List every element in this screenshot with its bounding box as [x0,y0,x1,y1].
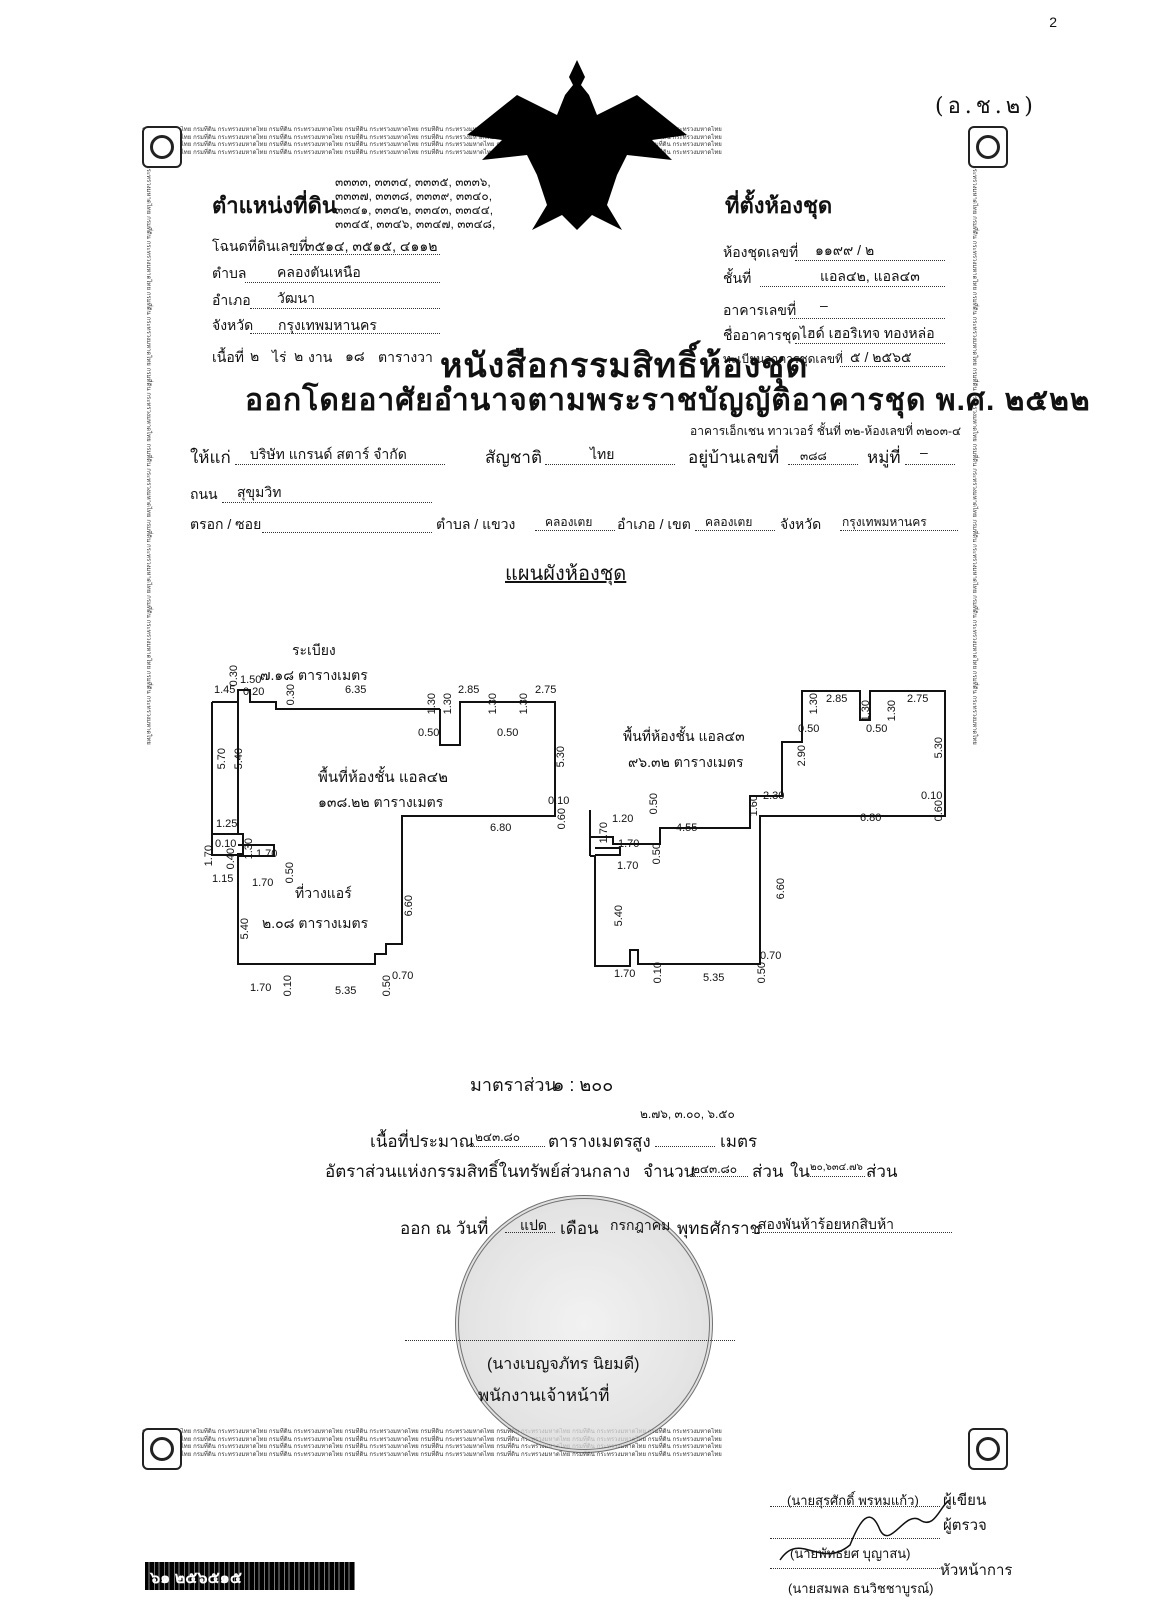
heights-note: ๒.๗๖, ๓.๐๐, ๖.๕๐ [640,1105,735,1124]
corner-ornament-icon [968,126,1008,168]
issued-day-value: แปด [520,1215,547,1237]
barcode-text: ๖๑ ๒๕๖๕๑๕ [150,1566,242,1591]
official-title: พนักงานเจ้าหน้าที่ [478,1382,609,1409]
floor-plan-title: แผนผังห้องชุด [505,557,626,589]
province-value: กรุงเทพมหานคร [278,315,377,337]
wa-value: ๑๘ [345,346,365,368]
balcony-label: ระเบียง [292,640,336,662]
house-no-label: อยู่บ้านเลขที่ [688,444,779,471]
scale-label: มาตราส่วน [470,1070,557,1099]
unit-no-label: ห้องชุดเลขที่ [723,242,798,264]
alley-label: ตรอก / ซอย [190,514,261,536]
owner-district-value: คลองเตย [705,513,752,532]
unit-no-value: ๑๑๙๙ / ๒ [815,240,874,262]
owner-subdistrict-value: คลองเตย [545,513,592,532]
corner-ornament-icon [968,1428,1008,1470]
moo-value: – [920,444,928,460]
ngan-value: ๒ [294,346,303,368]
floor-plan-drawing [190,680,970,1000]
ratio-value: ๒๔๓.๘๐ [692,1160,737,1179]
ngan-label: งาน [308,347,332,369]
issued-to-value: บริษัท แกรนด์ สตาร์ จำกัด [250,444,407,466]
unit-location-heading: ที่ตั้งห้องชุด [725,188,832,223]
issued-date-label: ออก ณ วันที่ [400,1215,488,1242]
total-value: ๒๐,๖๓๔.๗๖ [810,1160,863,1175]
building-name-value: ไฮด์ เฮอริเทจ ทองหล่อ [800,323,935,345]
approx-area-label: เนื้อที่ประมาณ [370,1128,474,1155]
form-code: (อ.ช.๒) [935,88,1037,123]
owner-subdistrict-label: ตำบล / แขวง [436,514,515,536]
subdistrict-value: คลองตันเหนือ [277,262,361,284]
scale-value: ๑ : ๒๐๐ [553,1070,613,1099]
parcel-list: ๓๓๓๓, ๓๓๓๔, ๓๓๓๕, ๓๓๓๖, ๓๓๓๗, ๓๓๓๘, ๓๓๓๙… [335,175,495,231]
nationality-value: ไทย [590,444,614,466]
document-subtitle: ออกโดยอาศัยอำนาจตามพระราชบัญญัติอาคารชุด… [245,377,1091,424]
rai-label: ไร่ [272,347,287,369]
area-label: เนื้อที่ [212,347,244,369]
border-left: กระทรวงมหาดไทย กรมที่ดิน กระทรวงมหาดไทย … [144,165,178,1427]
official-name: (นางเบญจภัทร นิยมดี) [487,1352,639,1377]
issued-year-label: พุทธศักราช [677,1215,761,1242]
registration-value: ๕ / ๒๕๖๕ [850,347,912,369]
rai-value: ๒ [250,346,259,368]
issued-to-label: ให้แก่ [190,444,231,471]
share-label-2: ส่วน [866,1158,898,1185]
border-right: กระทรวงมหาดไทย กรมที่ดิน กระทรวงมหาดไทย … [970,165,1004,1427]
approx-area-value: ๒๔๓.๘๐ [475,1128,520,1147]
owner-address-note: อาคารเอ็กเชน ทาวเวอร์ ชั้นที่ ๓๒-ห้องเลข… [690,422,961,441]
corner-ornament-icon [142,126,182,168]
building-no-value: – [820,297,828,313]
moo-label: หมู่ที่ [867,444,901,471]
in-label: ใน [790,1158,810,1185]
wa-label: ตารางวา [378,347,433,369]
ratio-label: อัตราส่วนแห่งกรรมสิทธิ์ในทรัพย์ส่วนกลาง [325,1158,630,1185]
owner-province-value: กรุงเทพมหานคร [842,513,927,532]
nationality-label: สัญชาติ [485,444,542,471]
height-unit: เมตร [720,1128,757,1155]
deed-value: ๓๕๑๔, ๓๕๑๕, ๔๑๑๒ [305,236,437,258]
issued-month-label: เดือน [560,1215,599,1242]
height-label: สูง [632,1128,651,1155]
owner-province-label: จังหวัด [780,514,821,536]
issued-year-value: สองพันห้าร้อยหกสิบห้า [758,1214,894,1236]
district-label: อำเภอ [212,290,251,312]
owner-district-label: อำเภอ / เขต [617,514,691,536]
page-number: 2 [1049,14,1057,30]
corner-ornament-icon [142,1428,182,1470]
building-no-label: อาคารเลขที่ [723,300,796,322]
district-value: วัฒนา [277,288,315,310]
road-label: ถนน [190,484,218,506]
handwritten-signature [760,1490,960,1570]
province-label: จังหวัด [212,315,253,337]
issued-month-value: กรกฎาคม [610,1215,670,1237]
land-location-heading: ตำแหน่งที่ดิน [212,188,337,223]
floor-label: ชั้นที่ [723,268,751,290]
floor-value: แอล๔๒, แอล๔๓ [820,266,920,288]
subdistrict-label: ตำบล [212,263,246,285]
house-no-value: ๓๘๘ [800,447,827,466]
road-value: สุขุมวิท [237,482,281,504]
share-label: ส่วน [752,1158,784,1185]
sqm-label: ตารางเมตร [548,1128,633,1155]
chief-name: (นายสมพล ธนวิชชาบูรณ์) [788,1578,933,1599]
amount-label: จำนวน [643,1158,695,1185]
